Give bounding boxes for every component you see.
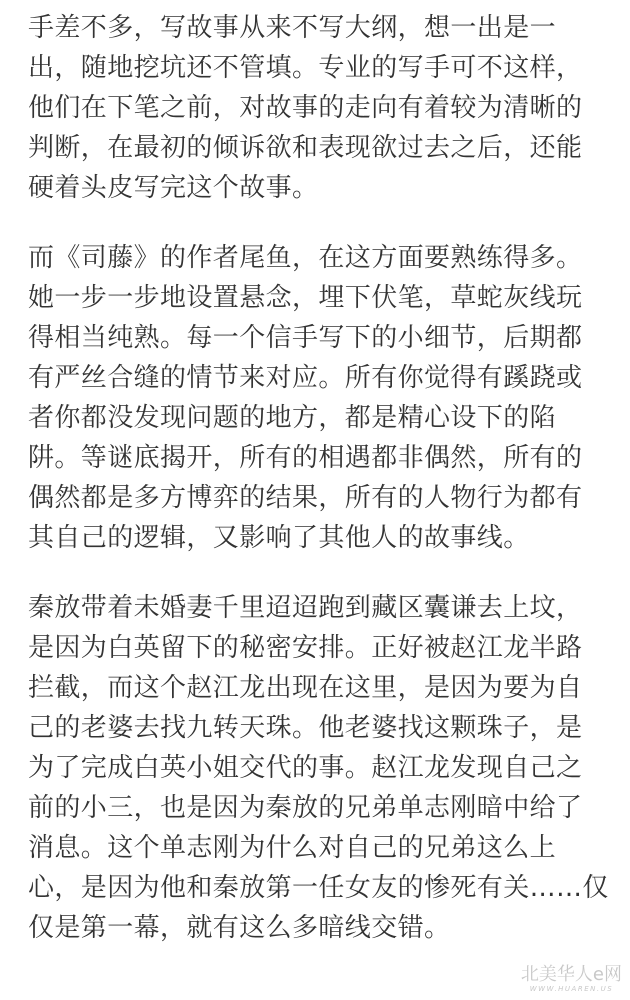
text-line: 为了完成白英小姐交代的事。赵江龙发现自己之 (28, 748, 628, 788)
article-body: 手差不多，写故事从来不写大纲，想一出是一 出，随地挖坑还不管填。专业的写手可不这… (28, 8, 628, 978)
watermark-name: 北美华人e网 (521, 965, 622, 985)
text-line: 秦放带着未婚妻千里迢迢跑到藏区囊谦去上坟， (28, 588, 628, 628)
text-line: 是因为白英留下的秘密安排。正好被赵江龙半路 (28, 628, 628, 668)
text-line: 判断，在最初的倾诉欲和表现欲过去之后，还能 (28, 128, 628, 168)
text-line: 出，随地挖坑还不管填。专业的写手可不这样， (28, 48, 628, 88)
watermark-logo: 北美华人e网 WWW.HUAREN.US (521, 965, 622, 994)
text-line: 她一步一步地设置悬念，埋下伏笔，草蛇灰线玩 (28, 278, 628, 318)
text-line: 前的小三，也是因为秦放的兄弟单志刚暗中给了 (28, 788, 628, 828)
text-line: 得相当纯熟。每一个信手写下的小细节，后期都 (28, 318, 628, 358)
text-line: 硬着头皮写完这个故事。 (28, 168, 628, 208)
text-line: 偶然都是多方博弈的结果，所有的人物行为都有 (28, 478, 628, 518)
text-line: 有严丝合缝的情节来对应。所有你觉得有蹊跷或 (28, 358, 628, 398)
text-line: 手差不多，写故事从来不写大纲，想一出是一 (28, 8, 628, 48)
text-line: 他们在下笔之前，对故事的走向有着较为清晰的 (28, 88, 628, 128)
text-line: 其自己的逻辑，又影响了其他人的故事线。 (28, 518, 628, 558)
paragraph-3: 秦放带着未婚妻千里迢迢跑到藏区囊谦去上坟， 是因为白英留下的秘密安排。正好被赵江… (28, 588, 628, 948)
text-line: 消息。这个单志刚为什么对自己的兄弟这么上 (28, 828, 628, 868)
text-line: 己的老婆去找九转天珠。他老婆找这颗珠子，是 (28, 708, 628, 748)
text-line: 者你都没发现问题的地方，都是精心设下的陷 (28, 398, 628, 438)
text-line: 阱。等谜底揭开，所有的相遇都非偶然，所有的 (28, 438, 628, 478)
watermark-url: WWW.HUAREN.US (521, 985, 622, 994)
text-line: 而《司藤》的作者尾鱼，在这方面要熟练得多。 (28, 238, 628, 278)
text-line: 拦截，而这个赵江龙出现在这里，是因为要为自 (28, 668, 628, 708)
paragraph-1: 手差不多，写故事从来不写大纲，想一出是一 出，随地挖坑还不管填。专业的写手可不这… (28, 8, 628, 208)
paragraph-2: 而《司藤》的作者尾鱼，在这方面要熟练得多。 她一步一步地设置悬念，埋下伏笔，草蛇… (28, 238, 628, 558)
text-line: 心，是因为他和秦放第一任女友的惨死有关……仅 (28, 868, 628, 908)
text-line: 仅是第一幕，就有这么多暗线交错。 (28, 908, 628, 948)
